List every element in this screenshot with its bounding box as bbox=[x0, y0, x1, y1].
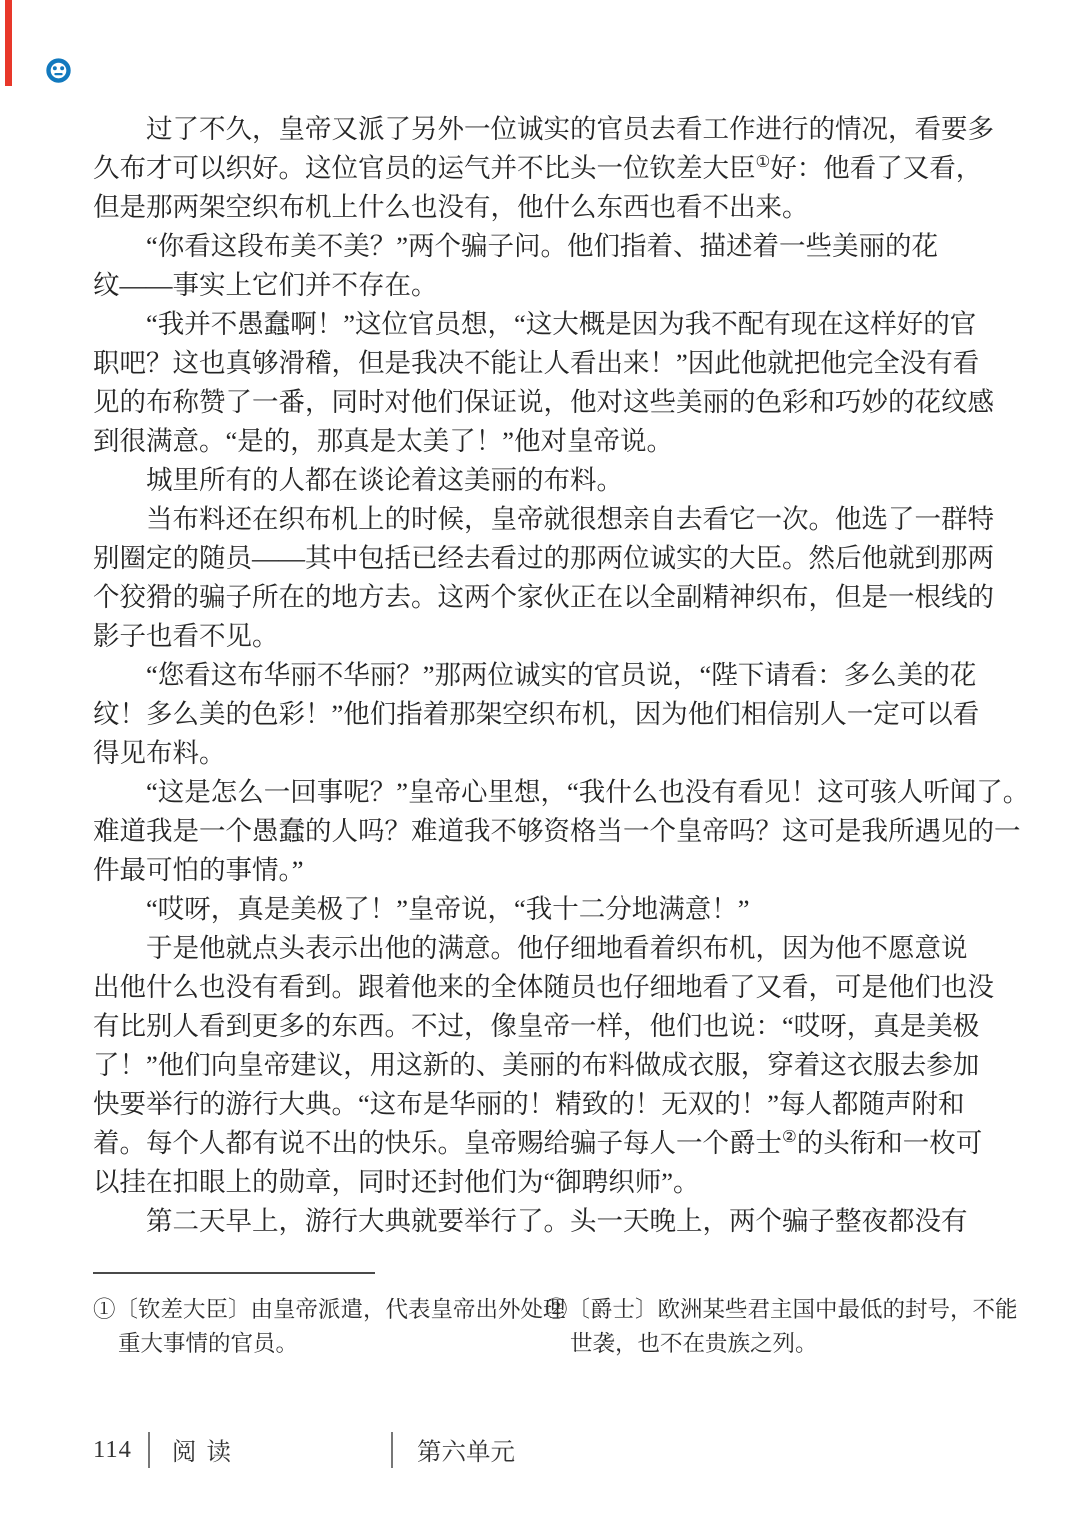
page-footer: 114 阅 读 第六单元 bbox=[93, 1430, 515, 1470]
text-line: 有比别人看到更多的东西。不过，像皇帝一样，他们也说：“哎呀，真是美极 bbox=[93, 1007, 990, 1046]
text-line: 着。每个人都有说不出的快乐。皇帝赐给骗子每人一个爵士②的头衔和一枚可 bbox=[93, 1124, 990, 1163]
text-line: 到很满意。“是的，那真是太美了！”他对皇帝说。 bbox=[93, 422, 990, 461]
footer-divider bbox=[391, 1432, 393, 1468]
footer-unit-label: 第六单元 bbox=[417, 1433, 515, 1468]
footnote-line: ②〔爵士〕欧洲某些君主国中最低的封号，不能 bbox=[545, 1293, 963, 1327]
page-number: 114 bbox=[93, 1436, 132, 1464]
text-line: 别圈定的随员——其中包括已经去看过的那两位诚实的大臣。然后他就到那两 bbox=[93, 539, 990, 578]
text-line: 件最可怕的事情。” bbox=[93, 851, 990, 890]
footer-divider bbox=[148, 1432, 150, 1468]
footnote-ref-marker: ① bbox=[756, 152, 771, 171]
footnote: ①〔钦差大臣〕由皇帝派遣，代表皇帝出外处理重大事情的官员。 bbox=[93, 1293, 511, 1361]
text-line: 以挂在扣眼上的勋章，同时还封他们为“御聘织师”。 bbox=[93, 1163, 990, 1202]
footnote-separator bbox=[93, 1272, 375, 1274]
footnote-line: ①〔钦差大臣〕由皇帝派遣，代表皇帝出外处理 bbox=[93, 1293, 511, 1327]
footnote-line: 世袭，也不在贵族之列。 bbox=[545, 1327, 963, 1361]
text-line: 职吧？这也真够滑稽，但是我决不能让人看出来！”因此他就把他完全没有看 bbox=[93, 344, 990, 383]
text-line: 得见布料。 bbox=[93, 734, 990, 773]
text-line: 当布料还在织布机上的时候，皇帝就很想亲自去看它一次。他选了一群特 bbox=[93, 500, 990, 539]
text-line: 久布才可以织好。这位官员的运气并不比头一位钦差大臣①好：他看了又看， bbox=[93, 149, 990, 188]
text-line: 影子也看不见。 bbox=[93, 617, 990, 656]
text-line: “哎呀，真是美极了！”皇帝说，“我十二分地满意！” bbox=[93, 890, 990, 929]
page-edge-red-mark bbox=[5, 0, 12, 86]
footnote-ref-marker: ② bbox=[782, 1127, 797, 1146]
text-line: 见的布称赞了一番，同时对他们保证说，他对这些美丽的色彩和巧妙的花纹感 bbox=[93, 383, 990, 422]
text-line: 第二天早上，游行大典就要举行了。头一天晚上，两个骗子整夜都没有 bbox=[93, 1202, 990, 1241]
text-line: 城里所有的人都在谈论着这美丽的布料。 bbox=[93, 461, 990, 500]
footnotes: ①〔钦差大臣〕由皇帝派遣，代表皇帝出外处理重大事情的官员。②〔爵士〕欧洲某些君主… bbox=[93, 1293, 1013, 1361]
text-line: 出他什么也没有看到。跟着他来的全体随员也仔细地看了又看，可是他们也没 bbox=[93, 968, 990, 1007]
text-line: 纹——事实上它们并不存在。 bbox=[93, 266, 990, 305]
text-line: 快要举行的游行大典。“这布是华丽的！精致的！无双的！”每人都随声附和 bbox=[93, 1085, 990, 1124]
text-line: 但是那两架空织布机上什么也没有，他什么东西也看不出来。 bbox=[93, 188, 990, 227]
text-line: 过了不久，皇帝又派了另外一位诚实的官员去看工作进行的情况，看要多 bbox=[93, 110, 990, 149]
footnote-line: 重大事情的官员。 bbox=[93, 1327, 511, 1361]
body-text: 过了不久，皇帝又派了另外一位诚实的官员去看工作进行的情况，看要多久布才可以织好。… bbox=[93, 110, 990, 1241]
text-line: 纹！多么美的色彩！”他们指着那架空织布机，因为他们相信别人一定可以看 bbox=[93, 695, 990, 734]
text-line: “您看这布华丽不华丽？”那两位诚实的官员说，“陛下请看：多么美的花 bbox=[93, 656, 990, 695]
text-line: 于是他就点头表示出他的满意。他仔细地看着织布机，因为他不愿意说 bbox=[93, 929, 990, 968]
text-line: “这是怎么一回事呢？”皇帝心里想，“我什么也没有看见！这可骇人听闻了。 bbox=[93, 773, 990, 812]
footnote: ②〔爵士〕欧洲某些君主国中最低的封号，不能世袭，也不在贵族之列。 bbox=[545, 1293, 963, 1361]
text-line: “你看这段布美不美？”两个骗子问。他们指着、描述着一些美丽的花 bbox=[93, 227, 990, 266]
text-line: 个狡猾的骗子所在的地方去。这两个家伙正在以全副精神织布，但是一根线的 bbox=[93, 578, 990, 617]
footer-section-label: 阅 读 bbox=[172, 1433, 233, 1468]
text-line: 难道我是一个愚蠢的人吗？难道我不够资格当一个皇帝吗？这可是我所遇见的一 bbox=[93, 812, 990, 851]
text-line: 了！”他们向皇帝建议，用这新的、美丽的布料做成衣服，穿着这衣服去参加 bbox=[93, 1046, 990, 1085]
smiley-icon bbox=[46, 58, 71, 83]
text-line: “我并不愚蠢啊！”这位官员想，“这大概是因为我不配有现在这样好的官 bbox=[93, 305, 990, 344]
